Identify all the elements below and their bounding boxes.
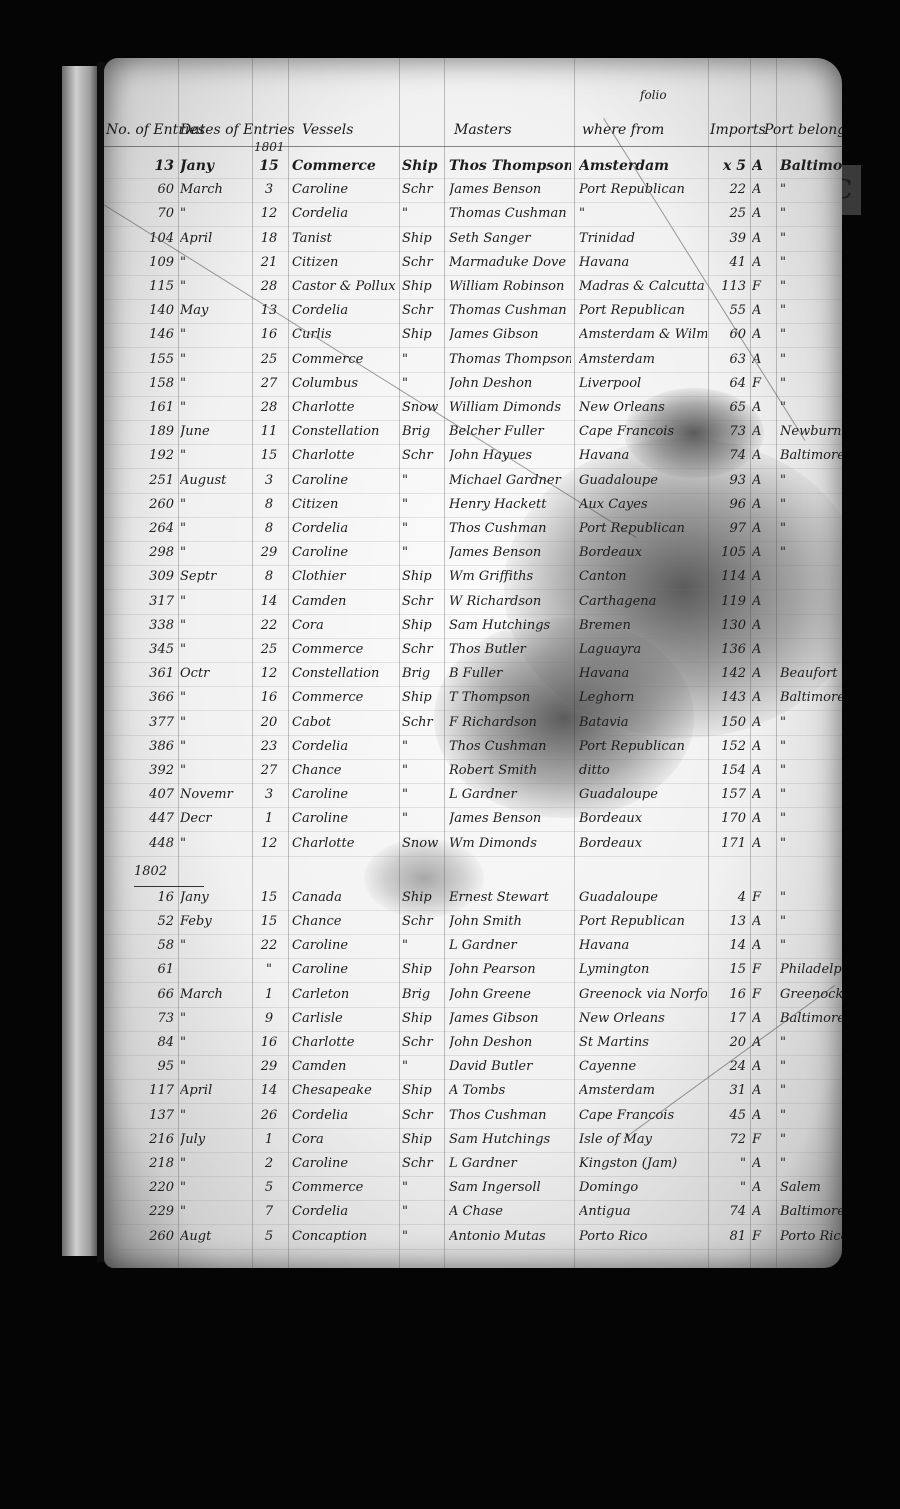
entry-day: 7 bbox=[254, 1204, 284, 1219]
home-port: " bbox=[780, 206, 842, 221]
ledger-row: 70"12Cordelia"Thomas Cushman"25A" bbox=[104, 202, 842, 227]
master-name: Thos Cushman bbox=[449, 1108, 571, 1123]
ledger-row: 140May13CordeliaSchrThomas CushmanPort R… bbox=[104, 299, 842, 324]
origin-port: St Martins bbox=[579, 1035, 707, 1050]
entry-month: " bbox=[180, 448, 250, 463]
vessel-name: Camden bbox=[292, 594, 397, 609]
home-port: " bbox=[780, 811, 842, 826]
entry-number: 264 bbox=[104, 521, 174, 536]
status-mark: A bbox=[752, 787, 772, 802]
entry-day: 15 bbox=[254, 890, 284, 905]
vessel-name: Cordelia bbox=[292, 1108, 397, 1123]
origin-port: Bordeaux bbox=[579, 836, 707, 851]
entry-month: " bbox=[180, 497, 250, 512]
home-port: " bbox=[780, 400, 842, 415]
home-port: " bbox=[780, 739, 842, 754]
origin-port: Antigua bbox=[579, 1204, 707, 1219]
entry-number: 218 bbox=[104, 1156, 174, 1171]
header-where-from: where from bbox=[582, 122, 664, 138]
entry-day: 16 bbox=[254, 327, 284, 342]
status-mark: A bbox=[752, 715, 772, 730]
origin-port: Carthagena bbox=[579, 594, 707, 609]
folio-number: x 5 bbox=[710, 158, 746, 174]
status-mark: A bbox=[752, 739, 772, 754]
vessel-name: Chance bbox=[292, 763, 397, 778]
vessel-rig: " bbox=[402, 545, 442, 560]
ledger-row: 104April18TanistShipSeth SangerTrinidad3… bbox=[104, 227, 842, 252]
origin-port: Canton bbox=[579, 569, 707, 584]
vessel-rig: " bbox=[402, 1059, 442, 1074]
status-mark: F bbox=[752, 962, 772, 977]
entry-day: 12 bbox=[254, 836, 284, 851]
status-mark: A bbox=[752, 1083, 772, 1098]
entry-number: 140 bbox=[104, 303, 174, 318]
entry-month: " bbox=[180, 279, 250, 294]
entry-day: 8 bbox=[254, 569, 284, 584]
entry-month: Novemr bbox=[180, 787, 250, 802]
vessel-rig: Schr bbox=[402, 642, 442, 657]
entry-month: " bbox=[180, 938, 250, 953]
entry-number: 155 bbox=[104, 352, 174, 367]
vessel-name: Charlotte bbox=[292, 836, 397, 851]
status-mark: A bbox=[752, 1180, 772, 1195]
entry-day: 23 bbox=[254, 739, 284, 754]
ledger-row: 216July1CoraShipSam HutchingsIsle of May… bbox=[104, 1128, 842, 1153]
vessel-name: Carleton bbox=[292, 987, 397, 1002]
header-port: Port belonging to bbox=[764, 122, 842, 138]
status-mark: F bbox=[752, 1229, 772, 1244]
vessel-name: Camden bbox=[292, 1059, 397, 1074]
vessel-rig: " bbox=[402, 497, 442, 512]
entry-number: 73 bbox=[104, 1011, 174, 1026]
entry-month: " bbox=[180, 1059, 250, 1074]
status-mark: A bbox=[752, 424, 772, 439]
vessel-rig: Snow bbox=[402, 836, 442, 851]
entry-day: 15 bbox=[254, 914, 284, 929]
ledger-page: folio No. of Entries Dates of Entries Ve… bbox=[104, 58, 842, 1268]
entry-number: 260 bbox=[104, 1229, 174, 1244]
entry-day: 8 bbox=[254, 521, 284, 536]
vessel-rig: Schr bbox=[402, 303, 442, 318]
home-port: Porto Rico bbox=[780, 1229, 842, 1244]
master-name: Thomas Thompson bbox=[449, 352, 571, 367]
vessel-rig: Schr bbox=[402, 255, 442, 270]
entry-month: " bbox=[180, 376, 250, 391]
status-mark: F bbox=[752, 890, 772, 905]
entry-month: " bbox=[180, 836, 250, 851]
status-mark: A bbox=[752, 255, 772, 270]
vessel-rig: Brig bbox=[402, 987, 442, 1002]
folio-number: 73 bbox=[710, 424, 746, 439]
entry-day: 12 bbox=[254, 206, 284, 221]
ledger-row: 447Decr1Caroline"James BensonBordeaux170… bbox=[104, 807, 842, 832]
folio-number: 41 bbox=[710, 255, 746, 270]
master-name: Henry Hackett bbox=[449, 497, 571, 512]
entry-number: 448 bbox=[104, 836, 174, 851]
entry-month: June bbox=[180, 424, 250, 439]
entry-number: 216 bbox=[104, 1132, 174, 1147]
home-port: Beaufort bbox=[780, 666, 842, 681]
master-name: John Smith bbox=[449, 914, 571, 929]
origin-port: Guadaloupe bbox=[579, 473, 707, 488]
entry-month: July bbox=[180, 1132, 250, 1147]
ledger-row: 66March1CarletonBrigJohn GreeneGreenock … bbox=[104, 983, 842, 1008]
entry-month: Decr bbox=[180, 811, 250, 826]
home-port: " bbox=[780, 231, 842, 246]
folio-number: 60 bbox=[710, 327, 746, 342]
folio-number: 16 bbox=[710, 987, 746, 1002]
entry-day: 22 bbox=[254, 938, 284, 953]
master-name: John Hayues bbox=[449, 448, 571, 463]
vessel-name: Canada bbox=[292, 890, 397, 905]
origin-port: Cape Francois bbox=[579, 424, 707, 439]
binding-spine bbox=[62, 66, 102, 1256]
vessel-rig: Ship bbox=[402, 962, 442, 977]
vessel-name: Charlotte bbox=[292, 400, 397, 415]
ledger-row: 377"20CabotSchrF RichardsonBatavia150A" bbox=[104, 711, 842, 736]
vessel-name: Cordelia bbox=[292, 303, 397, 318]
origin-port: Havana bbox=[579, 448, 707, 463]
vessel-name: Cordelia bbox=[292, 206, 397, 221]
home-port: Baltimore bbox=[780, 448, 842, 463]
vessel-name: Caroline bbox=[292, 811, 397, 826]
folio-number: 55 bbox=[710, 303, 746, 318]
status-mark: A bbox=[752, 327, 772, 342]
status-mark: A bbox=[752, 303, 772, 318]
entry-number: 309 bbox=[104, 569, 174, 584]
column-headers: No. of Entries Dates of Entries Vessels … bbox=[104, 116, 842, 147]
home-port: " bbox=[780, 473, 842, 488]
ledger-row: 192"15CharlotteSchrJohn HayuesHavana74AB… bbox=[104, 444, 842, 469]
entry-day: 21 bbox=[254, 255, 284, 270]
master-name: A Tombs bbox=[449, 1083, 571, 1098]
entry-number: 345 bbox=[104, 642, 174, 657]
vessel-rig: " bbox=[402, 787, 442, 802]
folio-number: 72 bbox=[710, 1132, 746, 1147]
vessel-name: Castor & Pollux bbox=[292, 279, 397, 294]
origin-port: Guadaloupe bbox=[579, 890, 707, 905]
origin-port: Leghorn bbox=[579, 690, 707, 705]
vessel-rig: " bbox=[402, 763, 442, 778]
vessel-rig: " bbox=[402, 1204, 442, 1219]
entry-day: 15 bbox=[254, 448, 284, 463]
entry-number: 392 bbox=[104, 763, 174, 778]
folio-number: 97 bbox=[710, 521, 746, 536]
entry-number: 189 bbox=[104, 424, 174, 439]
folio-number: 143 bbox=[710, 690, 746, 705]
entry-number: 66 bbox=[104, 987, 174, 1002]
home-port: " bbox=[780, 327, 842, 342]
origin-port: Havana bbox=[579, 255, 707, 270]
vessel-name: Caroline bbox=[292, 545, 397, 560]
entry-month: " bbox=[180, 642, 250, 657]
entry-month: " bbox=[180, 327, 250, 342]
folio-number: 14 bbox=[710, 938, 746, 953]
vessel-rig: Brig bbox=[402, 666, 442, 681]
entry-month: Augt bbox=[180, 1229, 250, 1244]
origin-port: ditto bbox=[579, 763, 707, 778]
folio-number: 63 bbox=[710, 352, 746, 367]
master-name: John Deshon bbox=[449, 376, 571, 391]
origin-port: Havana bbox=[579, 938, 707, 953]
entry-number: 117 bbox=[104, 1083, 174, 1098]
status-mark: A bbox=[752, 1059, 772, 1074]
master-name: Thos Cushman bbox=[449, 739, 571, 754]
folio-number: 142 bbox=[710, 666, 746, 681]
entry-day: 26 bbox=[254, 1108, 284, 1123]
master-name: L Gardner bbox=[449, 1156, 571, 1171]
origin-port: Amsterdam & Wilmington bbox=[579, 327, 707, 342]
year-1802: 1802 bbox=[134, 864, 204, 887]
ledger-row: 220"5Commerce"Sam IngersollDomingo"ASale… bbox=[104, 1176, 842, 1201]
master-name: Thomas Cushman bbox=[449, 206, 571, 221]
status-mark: A bbox=[752, 1204, 772, 1219]
master-name: Robert Smith bbox=[449, 763, 571, 778]
entry-number: 447 bbox=[104, 811, 174, 826]
status-mark: A bbox=[752, 763, 772, 778]
entry-number: 146 bbox=[104, 327, 174, 342]
master-name: Thos Thompson bbox=[449, 158, 571, 174]
master-name: John Deshon bbox=[449, 1035, 571, 1050]
home-port: Newburn bbox=[780, 424, 842, 439]
ledger-row: 229"7Cordelia"A ChaseAntigua74ABaltimore bbox=[104, 1200, 842, 1225]
entry-day: 29 bbox=[254, 545, 284, 560]
entry-number: 386 bbox=[104, 739, 174, 754]
vessel-name: Columbus bbox=[292, 376, 397, 391]
entry-number: 115 bbox=[104, 279, 174, 294]
ledger-row: 338"22CoraShipSam HutchingsBremen130A bbox=[104, 614, 842, 639]
folio-number: 65 bbox=[710, 400, 746, 415]
folio-number: " bbox=[710, 1180, 746, 1195]
origin-port: Cape Francois bbox=[579, 1108, 707, 1123]
entry-number: 61 bbox=[104, 962, 174, 977]
header-vessels: Vessels bbox=[302, 122, 353, 138]
status-mark: A bbox=[752, 1011, 772, 1026]
entry-number: 158 bbox=[104, 376, 174, 391]
master-name: David Butler bbox=[449, 1059, 571, 1074]
status-mark: A bbox=[752, 448, 772, 463]
vessel-name: Caroline bbox=[292, 938, 397, 953]
vessel-name: Curlis bbox=[292, 327, 397, 342]
master-name: John Greene bbox=[449, 987, 571, 1002]
entry-day: 3 bbox=[254, 473, 284, 488]
vessel-name: Carlisle bbox=[292, 1011, 397, 1026]
ledger-row: 158"27Columbus"John DeshonLiverpool64F" bbox=[104, 372, 842, 397]
vessel-name: Commerce bbox=[292, 690, 397, 705]
vessel-name: Cordelia bbox=[292, 739, 397, 754]
folio-number: 105 bbox=[710, 545, 746, 560]
master-name: John Pearson bbox=[449, 962, 571, 977]
entry-number: 70 bbox=[104, 206, 174, 221]
ledger-row: 60March3CarolineSchrJames BensonPort Rep… bbox=[104, 178, 842, 203]
entry-day: " bbox=[254, 962, 284, 977]
ledger-row: 317"14CamdenSchrW RichardsonCarthagena11… bbox=[104, 590, 842, 615]
home-port: " bbox=[780, 1083, 842, 1098]
folio-number: 64 bbox=[710, 376, 746, 391]
vessel-rig: Ship bbox=[402, 158, 442, 174]
vessel-rig: " bbox=[402, 473, 442, 488]
entry-day: 28 bbox=[254, 400, 284, 415]
folio-number: 154 bbox=[710, 763, 746, 778]
origin-port: Port Republican bbox=[579, 182, 707, 197]
master-name: Wm Dimonds bbox=[449, 836, 571, 851]
ledger-row: 298"29Caroline"James BensonBordeaux105A" bbox=[104, 541, 842, 566]
entry-number: 84 bbox=[104, 1035, 174, 1050]
status-mark: A bbox=[752, 352, 772, 367]
ledger-row: 189June11ConstellationBrigBelcher Fuller… bbox=[104, 420, 842, 445]
ledger-row: 52Feby15ChanceSchrJohn SmithPort Republi… bbox=[104, 910, 842, 935]
folio-number: 45 bbox=[710, 1108, 746, 1123]
vessel-name: Concaption bbox=[292, 1229, 397, 1244]
vessel-name: Cora bbox=[292, 1132, 397, 1147]
status-mark: A bbox=[752, 521, 772, 536]
home-port: Baltimore bbox=[780, 1204, 842, 1219]
vessel-name: Clothier bbox=[292, 569, 397, 584]
ledger-row: 109"21CitizenSchrMarmaduke DoveHavana41A… bbox=[104, 251, 842, 276]
entry-day: 13 bbox=[254, 303, 284, 318]
master-name: Wm Griffiths bbox=[449, 569, 571, 584]
entry-day: 22 bbox=[254, 618, 284, 633]
entry-number: 220 bbox=[104, 1180, 174, 1195]
home-port: " bbox=[780, 303, 842, 318]
vessel-rig: Schr bbox=[402, 914, 442, 929]
status-mark: A bbox=[752, 938, 772, 953]
folio-number: 113 bbox=[710, 279, 746, 294]
vessel-name: Commerce bbox=[292, 642, 397, 657]
origin-port: Guadaloupe bbox=[579, 787, 707, 802]
status-mark: A bbox=[752, 182, 772, 197]
vessel-name: Cabot bbox=[292, 715, 397, 730]
vessel-rig: Snow bbox=[402, 400, 442, 415]
vessel-rig: Schr bbox=[402, 1156, 442, 1171]
ledger-row: 137"26CordeliaSchrThos CushmanCape Franc… bbox=[104, 1104, 842, 1129]
home-port: Greenock bbox=[780, 987, 842, 1002]
home-port: " bbox=[780, 914, 842, 929]
entry-month: " bbox=[180, 1035, 250, 1050]
origin-port: " bbox=[579, 206, 707, 221]
vessel-rig: " bbox=[402, 1229, 442, 1244]
status-mark: A bbox=[752, 545, 772, 560]
master-name: Ernest Stewart bbox=[449, 890, 571, 905]
master-name: Antonio Mutas bbox=[449, 1229, 571, 1244]
vessel-rig: Ship bbox=[402, 1083, 442, 1098]
vessel-rig: Schr bbox=[402, 1108, 442, 1123]
entry-day: 25 bbox=[254, 352, 284, 367]
folio-number: 17 bbox=[710, 1011, 746, 1026]
entry-day: 25 bbox=[254, 642, 284, 657]
entry-month: Jany bbox=[180, 890, 250, 905]
entry-month: " bbox=[180, 594, 250, 609]
status-mark: A bbox=[752, 666, 772, 681]
status-mark: A bbox=[752, 811, 772, 826]
folio-number: 4 bbox=[710, 890, 746, 905]
home-port: " bbox=[780, 715, 842, 730]
home-port: " bbox=[780, 1035, 842, 1050]
header-folio: Imports bbox=[710, 122, 766, 138]
vessel-name: Commerce bbox=[292, 1180, 397, 1195]
folio-number: 25 bbox=[710, 206, 746, 221]
entry-number: 60 bbox=[104, 182, 174, 197]
status-mark: A bbox=[752, 473, 772, 488]
origin-port: Port Republican bbox=[579, 303, 707, 318]
entry-month: " bbox=[180, 545, 250, 560]
vessel-name: Chesapeake bbox=[292, 1083, 397, 1098]
entry-number: 13 bbox=[104, 158, 174, 174]
entry-number: 260 bbox=[104, 497, 174, 512]
vessel-name: Commerce bbox=[292, 352, 397, 367]
folio-number: 150 bbox=[710, 715, 746, 730]
folio-number: 157 bbox=[710, 787, 746, 802]
entry-day: 5 bbox=[254, 1229, 284, 1244]
ledger-row: 448"12CharlotteSnowWm DimondsBordeaux171… bbox=[104, 832, 842, 857]
origin-port: Bremen bbox=[579, 618, 707, 633]
master-name: A Chase bbox=[449, 1204, 571, 1219]
master-name: Seth Sanger bbox=[449, 231, 571, 246]
home-port: " bbox=[780, 890, 842, 905]
ledger-row: 115"28Castor & PolluxShipWilliam Robinso… bbox=[104, 275, 842, 300]
entry-month: Octr bbox=[180, 666, 250, 681]
status-mark: F bbox=[752, 376, 772, 391]
origin-port: Amsterdam bbox=[579, 1083, 707, 1098]
master-name: James Benson bbox=[449, 811, 571, 826]
folio-number: 119 bbox=[710, 594, 746, 609]
entry-month: " bbox=[180, 763, 250, 778]
status-mark: A bbox=[752, 1035, 772, 1050]
folio-number: 130 bbox=[710, 618, 746, 633]
ledger-row: 73"9CarlisleShipJames GibsonNew Orleans1… bbox=[104, 1007, 842, 1032]
entry-number: 58 bbox=[104, 938, 174, 953]
vessel-rig: " bbox=[402, 811, 442, 826]
vessel-name: Caroline bbox=[292, 182, 397, 197]
entry-month: " bbox=[180, 618, 250, 633]
entry-day: 3 bbox=[254, 787, 284, 802]
vessel-rig: " bbox=[402, 1180, 442, 1195]
vessel-name: Cordelia bbox=[292, 1204, 397, 1219]
home-port: " bbox=[780, 836, 842, 851]
master-name: Thos Butler bbox=[449, 642, 571, 657]
status-mark: A bbox=[752, 569, 772, 584]
entry-number: 361 bbox=[104, 666, 174, 681]
master-name: L Gardner bbox=[449, 787, 571, 802]
folio-number: 136 bbox=[710, 642, 746, 657]
vessel-rig: Ship bbox=[402, 569, 442, 584]
ledger-row: 361Octr12ConstellationBrigB FullerHavana… bbox=[104, 662, 842, 687]
vessel-rig: Schr bbox=[402, 182, 442, 197]
origin-port: Madras & Calcutta bbox=[579, 279, 707, 294]
entry-day: 3 bbox=[254, 182, 284, 197]
status-mark: A bbox=[752, 594, 772, 609]
master-name: James Gibson bbox=[449, 327, 571, 342]
origin-port: Batavia bbox=[579, 715, 707, 730]
ledger-row: 309Septr8ClothierShipWm GriffithsCanton1… bbox=[104, 565, 842, 590]
entry-number: 298 bbox=[104, 545, 174, 560]
entry-month: " bbox=[180, 1011, 250, 1026]
status-mark: A bbox=[752, 690, 772, 705]
entry-month: Jany bbox=[180, 158, 250, 174]
entry-day: 16 bbox=[254, 690, 284, 705]
vessel-rig: Schr bbox=[402, 715, 442, 730]
entry-month: March bbox=[180, 987, 250, 1002]
year-1801: 1801 bbox=[254, 140, 285, 154]
vessel-name: Caroline bbox=[292, 962, 397, 977]
home-port: Salem bbox=[780, 1180, 842, 1195]
ledger-row: 155"25Commerce"Thomas ThompsonAmsterdam6… bbox=[104, 348, 842, 373]
entry-month: " bbox=[180, 1180, 250, 1195]
entry-month: " bbox=[180, 715, 250, 730]
status-mark: A bbox=[752, 1156, 772, 1171]
folio-number: 15 bbox=[710, 962, 746, 977]
entry-number: 229 bbox=[104, 1204, 174, 1219]
